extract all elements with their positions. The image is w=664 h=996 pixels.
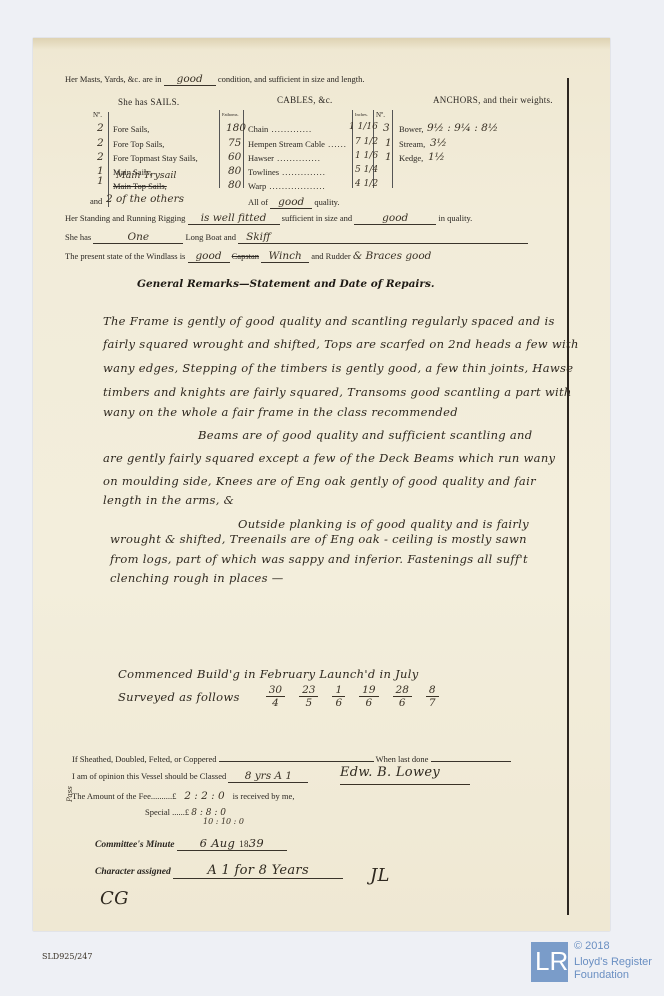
cable-label: Hempen Stream Cable ...... [248,139,347,149]
anchor-label: Bower, [399,124,423,134]
boats-mid: Long Boat and [185,232,236,242]
when-last-done-blank [431,752,511,762]
cable-inches: 1 1/16 [349,122,378,132]
character-assigned-line: Character assigned A 1 for 8 Years [95,863,343,879]
rigging-mid: sufficient in size and [282,213,352,223]
sail-count: 2 [97,122,104,134]
fee-label: The Amount of the Fee..........£ [72,791,176,801]
capstan-struck: Capstan [232,251,259,261]
remark-line: clenching rough in places — [110,571,284,585]
sails-no-header: Nº. [93,111,102,119]
cable-fathoms: 60 [228,151,241,163]
masts-label: Her Masts, Yards, &c. are in [65,74,162,84]
classed-line: I am of opinion this Vessel should be Cl… [72,770,308,783]
fraction-den: 7 [429,697,436,709]
year-prefix: 18 [239,839,249,849]
fraction-den: 6 [366,697,373,709]
committee-minute-date: 6 Aug [200,836,236,850]
masts-suffix: condition, and sufficient in size and le… [218,74,365,84]
when-last-done-label: When last done [376,754,429,764]
cable-label: Chain ............. [248,124,312,134]
surveyed-label: Surveyed as follows [118,690,240,704]
page-border-rule [567,78,569,915]
fraction-num: 8 [426,684,439,697]
fee-total: 10 : 10 : 0 [203,817,244,826]
anchor-label: Kedge, [399,153,423,163]
masts-line: Her Masts, Yards, &c. are in good condit… [65,73,364,86]
long-boat-count: One [93,231,183,244]
fee-suffix: is received by me, [233,791,295,801]
sheathed-blank [219,752,374,762]
sail-label-struck: Main Top Sails, [113,181,167,191]
fraction-den: 6 [399,697,406,709]
remark-line: fairly squared wrought and shifted, Tops… [103,337,579,351]
winch-value: Winch [261,250,309,263]
sail-label: Fore Sails, [113,124,149,134]
rudder-label: and Rudder [311,251,350,261]
remark-line: wany on the whole a fair frame in the cl… [103,405,458,419]
fee-line: The Amount of the Fee..........£ 2 : 2 :… [72,790,294,802]
anchor-count: 1 [385,151,392,163]
anchor-weight: 3½ [430,137,447,149]
cables-quality-suffix: quality. [314,197,339,207]
cables-quality-line: All of good quality. [248,196,340,209]
boats-label: She has [65,232,91,242]
cable-fathoms: 75 [228,137,241,149]
fathoms-header: Fathoms. [222,112,239,117]
cable-label-text: Hempen Stream Cable [248,139,325,149]
build-dates-line: Commenced Build'g in February Launch'd i… [118,667,419,681]
column-rule [219,110,220,188]
cable-label: Towlines .............. [248,167,326,177]
survey-fraction: 304 [266,684,285,709]
sail-label: Fore Top Sails, [113,139,164,149]
year-value: 39 [249,836,264,850]
lr-foundation-logo: LR [531,942,568,982]
remark-line: length in the arms, & [103,493,234,507]
character-assigned-value: A 1 for 8 Years [173,863,343,879]
remark-line: from logs, part of which was sappy and i… [110,552,528,566]
copyright-text: © 2018 [574,940,610,952]
rigging-quality-value: good [354,212,436,225]
rigging-line: Her Standing and Running Rigging is well… [65,212,472,225]
cable-fathoms: 80 [228,165,241,177]
sail-count: 2 [97,137,104,149]
surveyed-line: Surveyed as follows 304 235 16 196 286 8… [118,684,453,709]
rigging-fit-value: is well fitted [188,212,280,225]
windlass-line: The present state of the Windlass is goo… [65,250,431,263]
cable-inches: 1 1/6 [355,151,378,161]
cables-quality-prefix: All of [248,197,268,207]
cable-fathoms: 80 [228,179,241,191]
fraction-den: 4 [272,697,279,709]
cables-header: CABLES, &c. [277,95,333,105]
classed-value: 8 yrs A 1 [228,770,308,783]
masts-condition-value: good [164,73,216,86]
sails-and-label: and [90,196,102,206]
anchors-header: ANCHORS, and their weights. [433,95,553,105]
surveyor-signature: Edw. B. Lowey [340,765,470,785]
remark-line: timbers and knights are fairly squared, … [103,385,572,399]
sail-label: Fore Topmast Stay Sails, [113,153,198,163]
cable-inches: 5 1/4 [355,165,378,175]
remark-line: wany edges, Stepping of the timbers is g… [103,361,573,375]
committee-initials: JL [370,865,390,886]
remark-line: on moulding side, Knees are of Eng oak g… [103,474,536,488]
committee-minute-label: Committee's Minute [95,840,174,850]
fraction-den: 6 [335,697,342,709]
classed-label: I am of opinion this Vessel should be Cl… [72,771,226,781]
cable-label-text: Chain [248,124,268,134]
remark-line: wrought & shifted, Treenails are of Eng … [110,532,527,546]
anchor-count: 1 [385,137,392,149]
cable-label-text: Warp [248,181,266,191]
fraction-num: 1 [332,684,345,697]
fraction-num: 30 [266,684,285,697]
sail-count: 2 [97,151,104,163]
cable-label-text: Hawser [248,153,274,163]
windlass-state-value: good [188,250,230,263]
survey-fraction: 196 [359,684,378,709]
survey-fraction: 16 [332,684,345,709]
windlass-label: The present state of the Windlass is [65,251,185,261]
org-name-line1: Lloyd's Register [574,956,652,968]
sheathed-line: If Sheathed, Doubled, Felted, or Coppere… [72,752,511,764]
boats-line: She has One Long Boat and Skiff [65,231,528,244]
sheathed-label: If Sheathed, Doubled, Felted, or Coppere… [72,754,216,764]
survey-fraction: 87 [426,684,439,709]
inches-header: Inches. [355,112,368,117]
rudder-value: & Braces good [353,250,432,262]
lr-logo-mark: LR [535,946,568,977]
committee-minute-value: 6 Aug 1839 [177,836,287,851]
cable-fathoms: 180 [226,122,246,134]
committee-minute-line: Committee's Minute 6 Aug 1839 [95,836,287,851]
cable-label-text: Towlines [248,167,279,177]
cable-label: Hawser .............. [248,153,321,163]
sails-and-value: 2 of the others [106,193,184,205]
cable-inches: 4 1/2 [355,179,378,189]
remarks-title: General Remarks—Statement and Date of Re… [137,278,435,290]
character-assigned-label: Character assigned [95,867,171,877]
sail-count: 1 [97,175,104,187]
rigging-label: Her Standing and Running Rigging [65,213,185,223]
org-name-line2: Foundation [574,969,629,981]
other-boat-value: Skiff [238,231,528,244]
cable-inches: 7 1/2 [355,137,378,147]
cable-label: Warp .................. [248,181,326,191]
column-rule [392,110,393,188]
bottom-initials: CG [100,888,129,909]
cables-quality-value: good [270,196,312,209]
fee-value: 2 : 2 : 0 [178,790,230,802]
archive-reference: SLD925/247 [42,952,92,961]
rigging-suffix: in quality. [438,213,472,223]
remark-line: Beams are of good quality and sufficient… [198,428,532,442]
anchors-no-header: Nº. [376,111,385,119]
anchor-count: 3 [383,122,390,134]
fraction-num: 28 [393,684,412,697]
anchor-weight: 9½ : 9¼ : 8½ [427,122,498,134]
sails-header: She has SAILS. [118,97,179,107]
anchor-label: Stream, [399,139,425,149]
remark-line: are gently fairly squared except a few o… [103,451,555,465]
fraction-num: 19 [359,684,378,697]
remark-line: The Frame is gently of good quality and … [103,314,555,328]
special-label: Special ......£ [145,807,189,817]
fraction-den: 5 [305,697,312,709]
survey-fraction: 235 [299,684,318,709]
fraction-num: 23 [299,684,318,697]
sail-correction: Main Trysail [116,170,176,181]
anchor-weight: 1½ [428,151,445,163]
remark-line: Outside planking is of good quality and … [238,517,529,531]
survey-fraction: 286 [393,684,412,709]
